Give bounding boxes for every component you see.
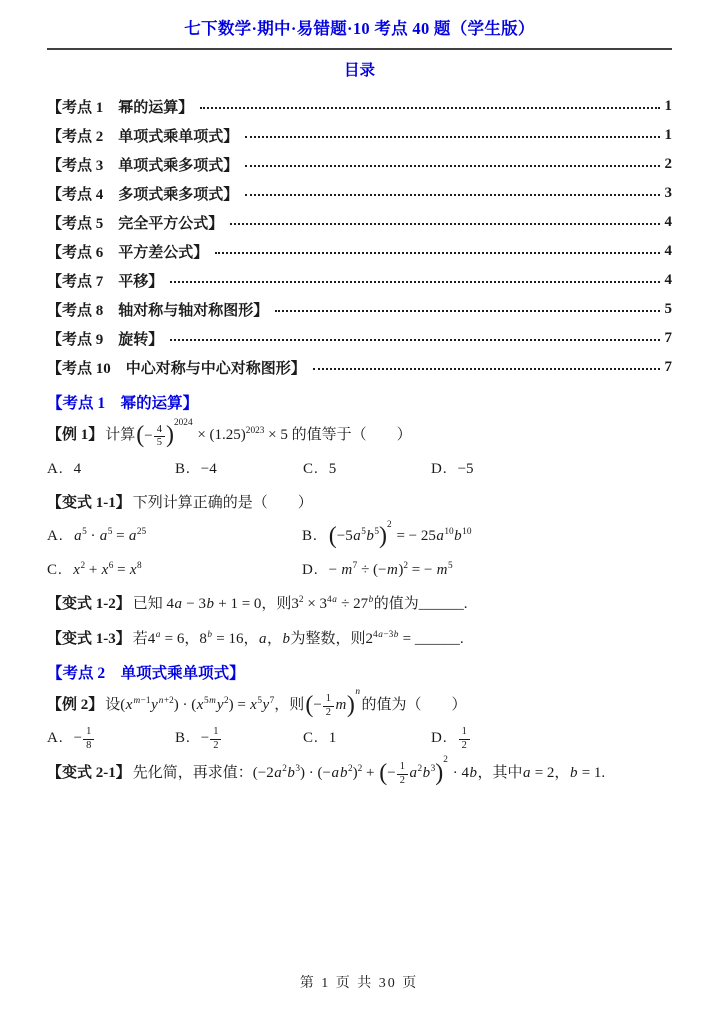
toc-leader-dots — [313, 356, 660, 370]
choice-text: x2 + x6 = x8 — [73, 562, 142, 578]
page-footer: 第 1 页 共 30 页 — [0, 972, 718, 992]
toc-page-number: 5 — [663, 301, 672, 318]
toc-item-label: 【考点 2 单项式乘单项式】 — [47, 125, 238, 146]
choice-text: −5 — [458, 461, 474, 477]
choice-key: D. — [431, 730, 448, 746]
paren-group: (−12m)n — [305, 690, 360, 720]
choice-key: B. — [302, 528, 318, 544]
problem-text: 设(xm−1yn+2) · (x5my2) = x5y7，则(−12m)n的值为… — [105, 697, 466, 713]
toc-leader-dots — [245, 182, 660, 196]
choice-key: B. — [175, 730, 191, 746]
fraction: 12 — [459, 726, 470, 752]
toc-item-10[interactable]: 【考点 10 中心对称与中心对称图形】7 — [47, 353, 672, 382]
problem-item: 【变式 1-1】下列计算正确的是（ ） — [47, 488, 672, 518]
toc-item-label: 【考点 6 平方差公式】 — [47, 241, 208, 262]
choice-option: C.x2 + x6 = x8 — [47, 557, 302, 584]
problem-text: 计算(−45)2024 × (1.25)2023 × 5 的值等于（ ） — [105, 427, 411, 443]
problem-label: 【变式 1-2】 — [47, 596, 131, 612]
section-heading: 【考点 1 幂的运算】 — [47, 394, 672, 414]
choices-row: A.a5 · a5 = a25B.(−5a5b5)2 = − 25a10b10C… — [47, 523, 672, 584]
problem-item: 【例 1】计算(−45)2024 × (1.25)2023 × 5 的值等于（ … — [47, 420, 672, 451]
choice-key: D. — [431, 461, 448, 477]
toc-page-number: 4 — [663, 243, 672, 260]
toc-item-label: 【考点 5 完全平方公式】 — [47, 212, 223, 233]
choices-row: A.−18B.−12C.1D.12 — [47, 725, 672, 752]
toc-page-number: 1 — [663, 127, 672, 144]
header-divider — [47, 48, 672, 50]
choice-text: a5 · a5 = a25 — [74, 528, 147, 544]
choice-text: −4 — [201, 461, 217, 477]
choice-option: B.−4 — [175, 456, 303, 483]
choice-option: C.5 — [303, 456, 431, 483]
fraction: 18 — [83, 726, 94, 752]
toc-item-1[interactable]: 【考点 1 幂的运算】1 — [47, 92, 672, 121]
choice-option: C.1 — [303, 725, 431, 752]
problem-label: 【变式 2-1】 — [47, 765, 131, 781]
choice-option: D.12 — [431, 725, 672, 752]
toc-item-label: 【考点 8 轴对称与轴对称图形】 — [47, 299, 268, 320]
choice-key: D. — [302, 562, 319, 578]
choice-option: A.4 — [47, 456, 175, 483]
fraction: 12 — [397, 761, 408, 787]
viewport: { "page": { "title": "七下数学·期中·易错题·10 考点 … — [0, 0, 718, 1024]
fraction: 12 — [323, 693, 334, 719]
document-body: 【考点 1 幂的运算】【例 1】计算(−45)2024 × (1.25)2023… — [47, 394, 672, 788]
toc-item-5[interactable]: 【考点 5 完全平方公式】4 — [47, 208, 672, 237]
choice-key: A. — [47, 461, 64, 477]
paren-group: (−5a5b5)2 — [329, 523, 392, 550]
toc-item-9[interactable]: 【考点 9 旋转】7 — [47, 324, 672, 353]
toc-leader-dots — [170, 269, 660, 283]
choice-text: −12 — [201, 730, 223, 746]
toc-item-label: 【考点 7 平移】 — [47, 270, 163, 291]
choice-text: − m7 ÷ (−m)2 = − m5 — [329, 562, 453, 578]
choice-text: (−5a5b5)2 = − 25a10b10 — [328, 528, 472, 544]
problem-label: 【变式 1-1】 — [47, 495, 131, 511]
choice-text: −18 — [74, 730, 96, 746]
choice-key: C. — [47, 562, 63, 578]
fraction: 45 — [154, 424, 165, 450]
choice-key: A. — [47, 528, 64, 544]
toc-item-3[interactable]: 【考点 3 单项式乘多项式】2 — [47, 150, 672, 179]
problem-text: 已知 4a − 3b + 1 = 0，则32 × 34a ÷ 27b的值为___… — [133, 596, 468, 612]
problem-text: 若4a = 6，8b = 16，a，b为整数，则24a−3b = ______. — [133, 631, 464, 647]
choice-key: C. — [303, 461, 319, 477]
choice-option: D.−5 — [431, 456, 672, 483]
toc-item-label: 【考点 4 多项式乘多项式】 — [47, 183, 238, 204]
toc-leader-dots — [245, 124, 660, 138]
choice-option: A.a5 · a5 = a25 — [47, 523, 302, 550]
page-title: 七下数学·期中·易错题·10 考点 40 题（学生版） — [47, 18, 672, 40]
toc-page-number: 4 — [663, 272, 672, 289]
toc-page-number: 2 — [663, 156, 672, 173]
toc-item-label: 【考点 3 单项式乘多项式】 — [47, 154, 238, 175]
toc-leader-dots — [275, 298, 660, 312]
toc-leader-dots — [230, 211, 660, 225]
toc-item-7[interactable]: 【考点 7 平移】4 — [47, 266, 672, 295]
choice-option: D.− m7 ÷ (−m)2 = − m5 — [302, 557, 672, 584]
problem-item: 【例 2】设(xm−1yn+2) · (x5my2) = x5y7，则(−12m… — [47, 690, 672, 721]
toc-page-number: 7 — [663, 330, 672, 347]
toc-leader-dots — [215, 240, 660, 254]
toc-item-8[interactable]: 【考点 8 轴对称与轴对称图形】5 — [47, 295, 672, 324]
paren-group: (−45)2024 — [136, 421, 192, 451]
fraction: 12 — [210, 726, 221, 752]
choice-key: A. — [47, 730, 64, 746]
problem-text: 先化简，再求值：(−2a2b3) · (−ab2)2 + (−12a2b3)2 … — [133, 765, 605, 781]
table-of-contents: 【考点 1 幂的运算】1【考点 2 单项式乘单项式】1【考点 3 单项式乘多项式… — [47, 92, 672, 382]
section-heading: 【考点 2 单项式乘单项式】 — [47, 664, 672, 684]
toc-item-label: 【考点 9 旋转】 — [47, 328, 163, 349]
toc-item-2[interactable]: 【考点 2 单项式乘单项式】1 — [47, 121, 672, 150]
toc-page-number: 1 — [663, 98, 672, 115]
toc-item-label: 【考点 10 中心对称与中心对称图形】 — [47, 357, 306, 378]
problem-item: 【变式 2-1】先化简，再求值：(−2a2b3) · (−ab2)2 + (−1… — [47, 758, 672, 789]
toc-page-number: 7 — [663, 359, 672, 376]
choice-option: B.(−5a5b5)2 = − 25a10b10 — [302, 523, 672, 550]
problem-label: 【变式 1-3】 — [47, 631, 131, 647]
problem-label: 【例 2】 — [47, 697, 103, 713]
problem-label: 【例 1】 — [47, 427, 103, 443]
toc-item-4[interactable]: 【考点 4 多项式乘多项式】3 — [47, 179, 672, 208]
choice-text: 5 — [329, 461, 337, 477]
choice-key: B. — [175, 461, 191, 477]
choice-key: C. — [303, 730, 319, 746]
toc-item-label: 【考点 1 幂的运算】 — [47, 96, 193, 117]
problem-text: 下列计算正确的是（ ） — [133, 495, 313, 511]
toc-page-number: 3 — [663, 185, 672, 202]
toc-leader-dots — [245, 153, 660, 167]
document-page: 七下数学·期中·易错题·10 考点 40 题（学生版） 目录 【考点 1 幂的运… — [0, 0, 718, 1024]
choices-row: A.4B.−4C.5D.−5 — [47, 456, 672, 483]
problem-item: 【变式 1-3】若4a = 6，8b = 16，a，b为整数，则24a−3b =… — [47, 624, 672, 654]
choice-option: A.−18 — [47, 725, 175, 752]
choice-option: B.−12 — [175, 725, 303, 752]
problem-item: 【变式 1-2】已知 4a − 3b + 1 = 0，则32 × 34a ÷ 2… — [47, 589, 672, 619]
toc-page-number: 4 — [663, 214, 672, 231]
toc-leader-dots — [200, 95, 660, 109]
choice-text: 4 — [74, 461, 82, 477]
paren-group: (−12a2b3)2 — [379, 758, 448, 788]
toc-item-6[interactable]: 【考点 6 平方差公式】4 — [47, 237, 672, 266]
choice-text: 12 — [458, 730, 471, 746]
toc-heading: 目录 — [47, 62, 672, 80]
toc-leader-dots — [170, 327, 660, 341]
choice-text: 1 — [329, 730, 337, 746]
